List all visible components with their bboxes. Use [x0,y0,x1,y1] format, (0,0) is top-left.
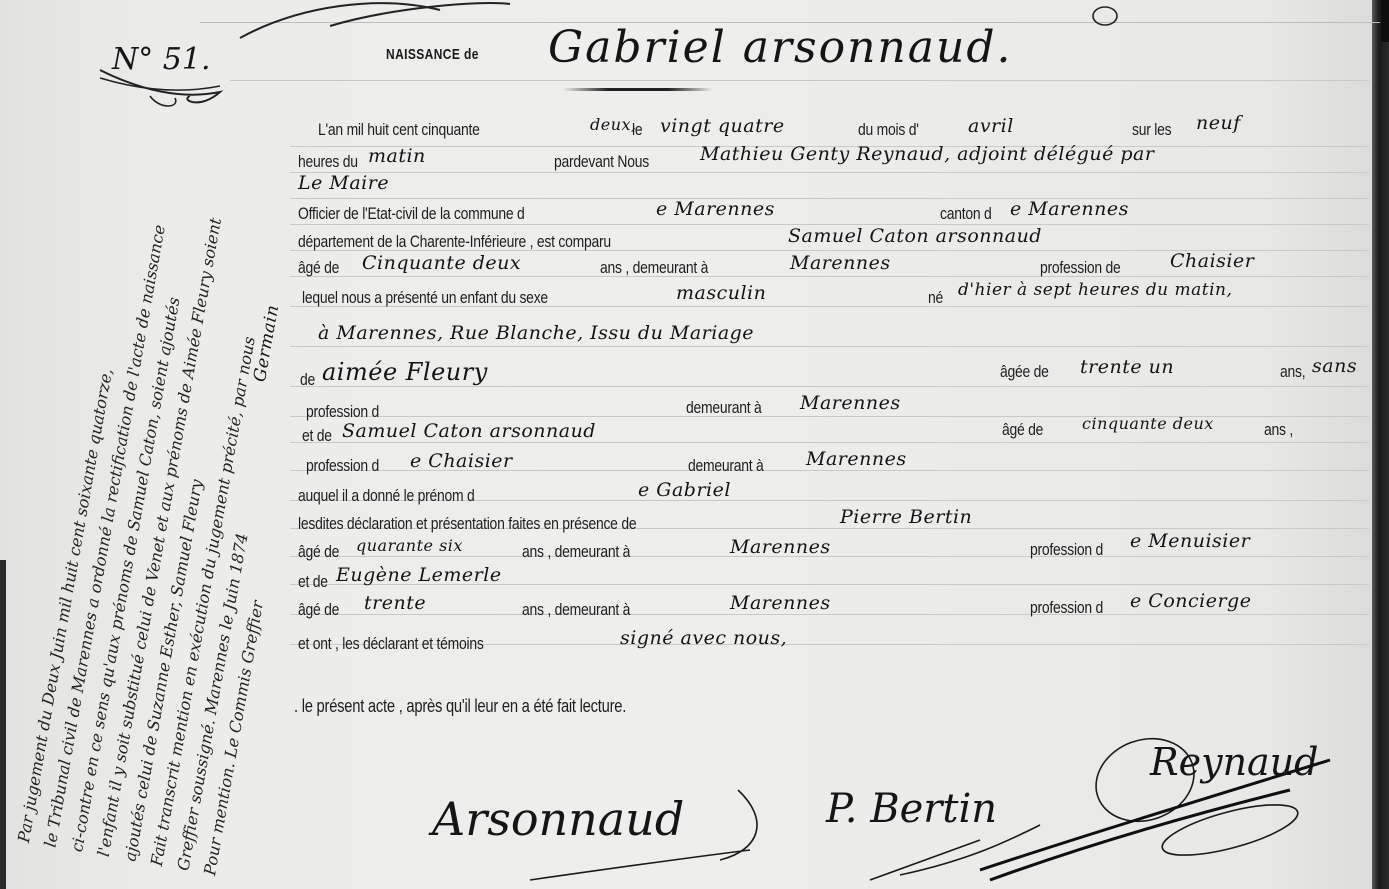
hand-declarant-profession: Chaisier [1170,250,1254,272]
hand-commune: e Marennes [656,198,775,220]
printed-ans: ans, [1280,362,1305,382]
title-underline [563,88,713,91]
hand-father-profession: e Chaisier [410,450,513,472]
hand-witness1-age: quarante six [356,536,463,555]
hand-sex: masculin [676,282,766,304]
printed-mother-demeurant: demeurant à [686,398,762,418]
printed-father-age-label: âgé de [1002,420,1043,440]
signature-reynaud-flourish-icon [950,720,1380,889]
printed-pardevant: pardevant Nous [554,152,649,172]
hand-birth-place: à Marennes, Rue Blanche, Issu du Mariage [318,322,754,344]
ruled-line [290,346,1369,347]
hand-father-age: cinquante deux [1082,414,1214,433]
printed-le: le [632,120,642,140]
hand-declarant-age: Cinquante deux [362,252,521,274]
printed-departement: département de la Charente-Inférieure , … [298,232,611,252]
printed-et-de: et de [302,426,332,446]
hand-witness2-age: trente [364,592,426,614]
ruled-line [290,386,1369,387]
printed-lesdites: lesdites déclaration et présentation fai… [298,514,636,534]
hand-month: avril [968,115,1014,137]
hand-mother-profession: sans [1312,355,1357,377]
top-flourish-icon [180,0,520,110]
printed-canton: canton d [940,204,992,224]
hand-year: deux, [590,115,637,134]
printed-father-ans: ans , [1264,420,1293,440]
signature-flourish-icon [520,780,780,889]
printed-mother-age-label: âgée de [1000,362,1049,382]
printed-profession: profession de [1040,258,1121,278]
hand-signature-statement: signé avec nous, [620,627,787,649]
ruled-line [290,276,1369,277]
printed-witness2-profession: profession d [1030,598,1103,618]
hand-declarant-residence: Marennes [790,252,891,274]
printed-demeurant: ans , demeurant à [600,258,708,278]
printed-ont-signe: et ont , les déclarant et témoins [298,634,484,654]
hand-period: matin [368,145,426,167]
ruled-line [290,442,1369,443]
title-child-name: Gabriel arsonnaud. [548,22,1012,73]
printed-witness2-age-label: âgé de [298,600,339,620]
hand-mother-name: aimée Fleury [322,358,488,386]
hand-birth-time: d'hier à sept heures du matin, [958,280,1232,300]
hand-canton: e Marennes [1010,198,1129,220]
hand-hour: neuf [1196,112,1241,134]
page-left-edge-shadow [0,560,6,889]
hand-father-name: Samuel Caton arsonnaud [342,420,596,442]
hand-given-name: e Gabriel [638,479,731,501]
hand-declarant: Samuel Caton arsonnaud [788,225,1042,247]
hand-mother-residence: Marennes [800,392,901,414]
printed-witness1-profession: profession d [1030,540,1103,560]
ruled-line [290,172,1369,173]
printed-witness1-age-label: âgé de [298,542,339,562]
title-end-flourish-icon [1085,2,1125,42]
hand-day: vingt quatre [660,115,785,137]
hand-witness2-residence: Marennes [730,592,831,614]
printed-hour-label: sur les [1132,120,1171,140]
hand-officer: Mathieu Genty Reynaud, adjoint délégué p… [700,143,1154,165]
printed-et-de-witness2: et de [298,572,328,592]
ruled-line [290,198,1369,199]
hand-father-residence: Marennes [806,448,907,470]
binding-corner [1381,0,1389,42]
hand-witness2-profession: e Concierge [1130,590,1251,612]
printed-mother-profession: profession d [306,402,379,422]
ruled-line [290,614,1369,615]
hand-witness1-profession: e Menuisier [1130,530,1250,552]
printed-year-label: L'an mil huit cent cinquante [318,120,480,140]
printed-witness1-demeurant: ans , demeurant à [522,542,630,562]
hand-witness2-name: Eugène Lemerle [336,564,502,586]
hand-witness1-residence: Marennes [730,536,831,558]
printed-prenom: auquel il a donné le prénom d [298,486,475,506]
hand-witness1-name: Pierre Bertin [840,506,972,528]
printed-witness2-demeurant: ans , demeurant à [522,600,630,620]
closing-statement: . le présent acte , après qu'il leur en … [294,696,626,717]
number-bracket-flourish-icon [90,60,230,120]
hand-mother-age: trente un [1080,356,1174,378]
printed-father-demeurant: demeurant à [688,456,764,476]
printed-father-profession: profession d [306,456,379,476]
printed-ne: né [928,288,943,308]
printed-lequel: lequel nous a présenté un enfant du sexe [302,288,548,308]
printed-month-label: du mois d' [858,120,919,140]
